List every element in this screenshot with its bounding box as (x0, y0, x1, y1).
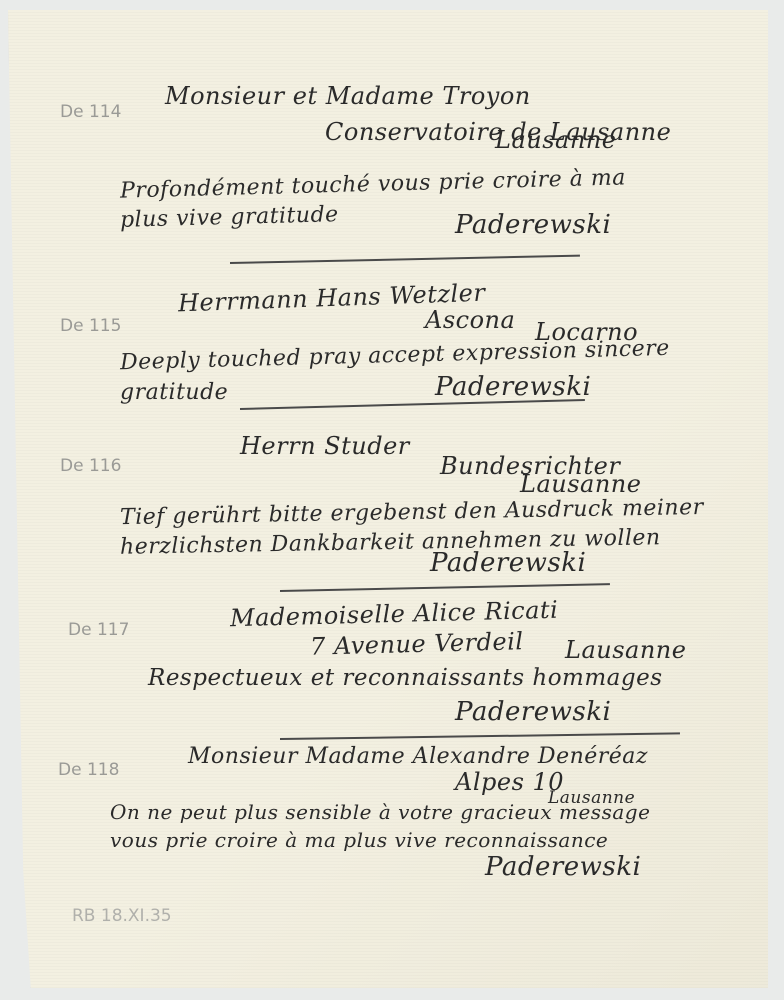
message-line: Respectueux et reconnaissants hommages (148, 665, 663, 691)
reference-number: De 118 (58, 760, 119, 780)
message-line: On ne peut plus sensible à votre gracieu… (110, 800, 650, 824)
reference-number: De 115 (60, 316, 121, 336)
signature: Paderewski (435, 372, 591, 402)
address-line: Ascona (425, 306, 515, 334)
signature: Paderewski (455, 210, 611, 240)
address-line: 7 Avenue Verdeil (310, 627, 524, 661)
signature: Paderewski (430, 548, 586, 578)
reference-number: De 117 (68, 620, 129, 640)
recipient-name: Herrn Studer (240, 432, 410, 460)
reference-number: De 114 (60, 102, 121, 122)
reference-number: De 116 (60, 456, 121, 476)
recipient-name: Monsieur et Madame Troyon (165, 82, 531, 110)
recipient-name: Monsieur Madame Alexandre Denéréaz (188, 744, 648, 769)
message-line: gratitude (120, 380, 228, 405)
archive-note: RB 18.XI.35 (72, 906, 172, 926)
address-city: Lausanne (520, 470, 641, 498)
address-city: Lausanne (495, 126, 616, 154)
signature: Paderewski (485, 852, 641, 882)
address-city: Lausanne (565, 636, 686, 664)
signature: Paderewski (455, 697, 611, 727)
message-line: vous prie croire à ma plus vive reconnai… (110, 828, 608, 852)
